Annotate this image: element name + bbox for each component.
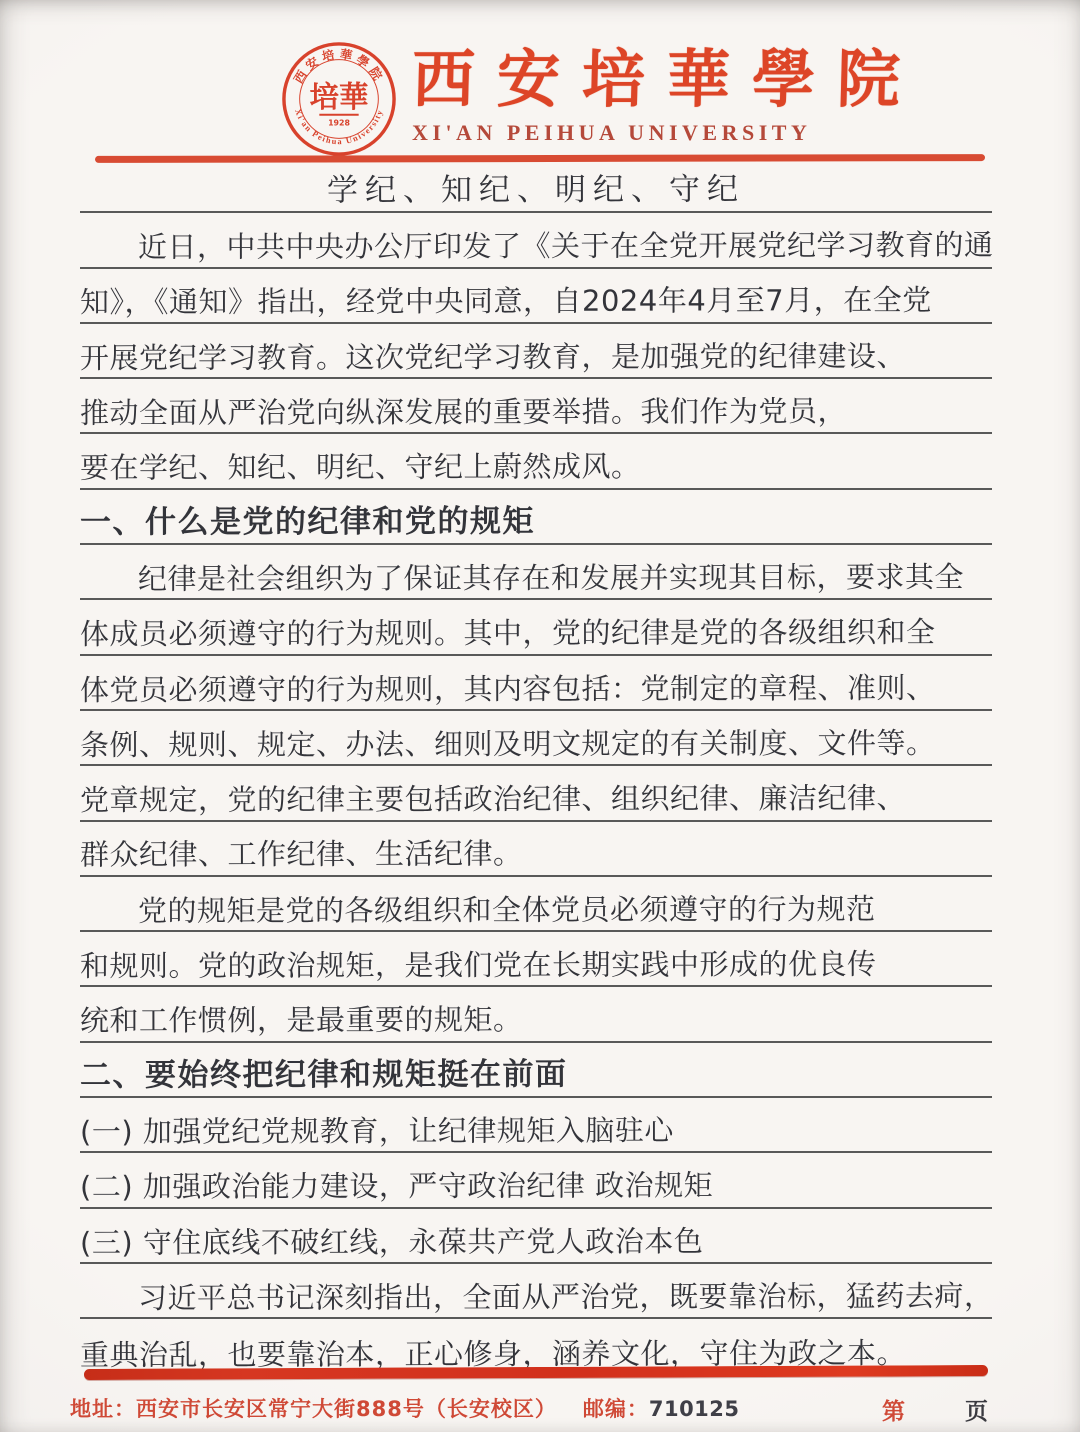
university-name-en: XI'AN PEIHUA UNIVERSITY [412, 120, 922, 146]
handwritten-text: 习近平总书记深刻指出，全面从严治党，既要靠治标，猛药去疴， [80, 1281, 992, 1319]
handwritten-body: 学纪、知纪、明纪、守纪近日，中共中央办公厅印发了《关于在全党开展党纪学习教育的通… [80, 158, 992, 1375]
handwritten-line: 体成员必须遵守的行为规则。其中，党的纪律是党的各级组织和全 [80, 600, 992, 655]
handwritten-text: 党章规定，党的纪律主要包括政治纪律、组织纪律、廉洁纪律、 [80, 783, 906, 821]
handwritten-text: 党的规矩是党的各级组织和全体党员必须遵守的行为规范 [80, 894, 876, 932]
seal-year-text: 1928 [328, 119, 350, 128]
handwritten-line: 党章规定，党的纪律主要包括政治纪律、组织纪律、廉洁纪律、 [80, 766, 992, 821]
document-page: 西安培華學院 培華 1928 Xi'an Peihua University 西… [0, 0, 1080, 1432]
handwritten-line: 和规则。党的政治规矩，是我们党在长期实践中形成的优良传 [80, 932, 992, 987]
handwritten-text: 纪律是社会组织为了保证其存在和发展并实现其目标，要求其全 [80, 562, 964, 600]
handwritten-text: (二) 加强政治能力建设，严守政治纪律 政治规矩 [80, 1170, 713, 1207]
address-value: 西安市长安区常宁大街888号（长安校区） [136, 1397, 557, 1421]
university-seal-logo: 西安培華學院 培華 1928 Xi'an Peihua University [280, 40, 398, 158]
university-name-cn: 西安培華學院 [411, 48, 923, 111]
handwritten-text: 二、要始终把纪律和规矩挺在前面 [80, 1058, 568, 1097]
handwritten-text: 群众纪律、工作纪律、生活纪律。 [80, 839, 523, 876]
handwritten-line: (三) 守住底线不破红线，永葆共产党人政治本色 [80, 1209, 992, 1264]
zip-label: 邮编： [583, 1397, 649, 1421]
handwritten-line: (一) 加强党纪党规教育，让纪律规矩入脑驻心 [80, 1098, 992, 1153]
letterhead: 西安培華學院 培華 1928 Xi'an Peihua University 西… [280, 40, 922, 158]
zip-value: 710125 [649, 1397, 740, 1421]
handwritten-text: 近日，中共中央办公厅印发了《关于在全党开展党纪学习教育的通 [80, 230, 992, 268]
handwritten-text: 知》，《通知》指出，经党中央同意，自2024年4月至7月，在全党 [80, 285, 932, 323]
handwritten-text: 条例、规则、规定、办法、细则及明文规定的有关制度、文件等。 [80, 728, 936, 766]
handwritten-line: 习近平总书记深刻指出，全面从严治党，既要靠治标，猛药去疴， [80, 1264, 992, 1319]
handwritten-text: 学纪、知纪、明纪、守纪 [327, 173, 745, 212]
page-number-suffix: 页 [965, 1399, 988, 1425]
handwritten-text: 开展党纪学习教育。这次党纪学习教育，是加强党的纪律建设、 [80, 341, 906, 379]
handwritten-line: 党的规矩是党的各级组织和全体党员必须遵守的行为规范 [80, 877, 992, 932]
handwritten-text: 体党员必须遵守的行为规则，其内容包括：党制定的章程、准则、 [80, 672, 936, 710]
handwritten-text: (一) 加强党纪党规教育，让纪律规矩入脑驻心 [80, 1115, 674, 1152]
seal-center-text: 培華 [309, 80, 368, 114]
handwritten-text: 一、什么是党的纪律和党的规矩 [80, 505, 535, 544]
handwritten-text: (三) 守住底线不破红线，永葆共产党人政治本色 [80, 1226, 703, 1263]
handwritten-line: 要在学纪、知纪、明纪、守纪上蔚然成风。 [80, 434, 992, 489]
address-line: 地址：西安市长安区常宁大街888号（长安校区）邮编：710125 [70, 1393, 740, 1423]
handwritten-line: 群众纪律、工作纪律、生活纪律。 [80, 822, 992, 877]
handwritten-text: 和规则。党的政治规矩，是我们党在长期实践中形成的优良传 [80, 949, 877, 987]
handwritten-line: 近日，中共中央办公厅印发了《关于在全党开展党纪学习教育的通 [80, 213, 992, 268]
handwritten-line: 纪律是社会组织为了保证其存在和发展并实现其目标，要求其全 [80, 545, 992, 600]
page-footer: 地址：西安市长安区常宁大街888号（长安校区）邮编：710125 第 页 [70, 1393, 1010, 1426]
handwritten-line: 推动全面从严治党向纵深发展的重要举措。我们作为党员， [80, 379, 992, 434]
handwritten-line: 统和工作惯例，是最重要的规矩。 [80, 987, 992, 1042]
handwritten-line: 学纪、知纪、明纪、守纪 [80, 158, 992, 213]
handwritten-text: 推动全面从严治党向纵深发展的重要举措。我们作为党员， [80, 396, 847, 433]
page-number: 第 页 [882, 1393, 988, 1426]
handwritten-text: 体成员必须遵守的行为规则。其中，党的纪律是党的各级组织和全 [80, 617, 936, 655]
handwritten-line: 一、什么是党的纪律和党的规矩 [80, 490, 992, 545]
handwritten-line: 开展党纪学习教育。这次党纪学习教育，是加强党的纪律建设、 [80, 324, 992, 379]
university-name-block: 西安培華學院 XI'AN PEIHUA UNIVERSITY [412, 40, 922, 146]
handwritten-line: 体党员必须遵守的行为规则，其内容包括：党制定的章程、准则、 [80, 656, 992, 711]
handwritten-line: 知》，《通知》指出，经党中央同意，自2024年4月至7月，在全党 [80, 269, 992, 324]
handwritten-line: (二) 加强政治能力建设，严守政治纪律 政治规矩 [80, 1153, 992, 1208]
handwritten-text: 统和工作惯例，是最重要的规矩。 [80, 1005, 523, 1042]
handwritten-text: 要在学纪、知纪、明纪、守纪上蔚然成风。 [80, 452, 641, 489]
page-number-prefix: 第 [882, 1399, 905, 1425]
handwritten-line: 二、要始终把纪律和规矩挺在前面 [80, 1043, 992, 1098]
handwritten-line: 条例、规则、规定、办法、细则及明文规定的有关制度、文件等。 [80, 711, 992, 766]
address-label: 地址： [70, 1397, 136, 1421]
